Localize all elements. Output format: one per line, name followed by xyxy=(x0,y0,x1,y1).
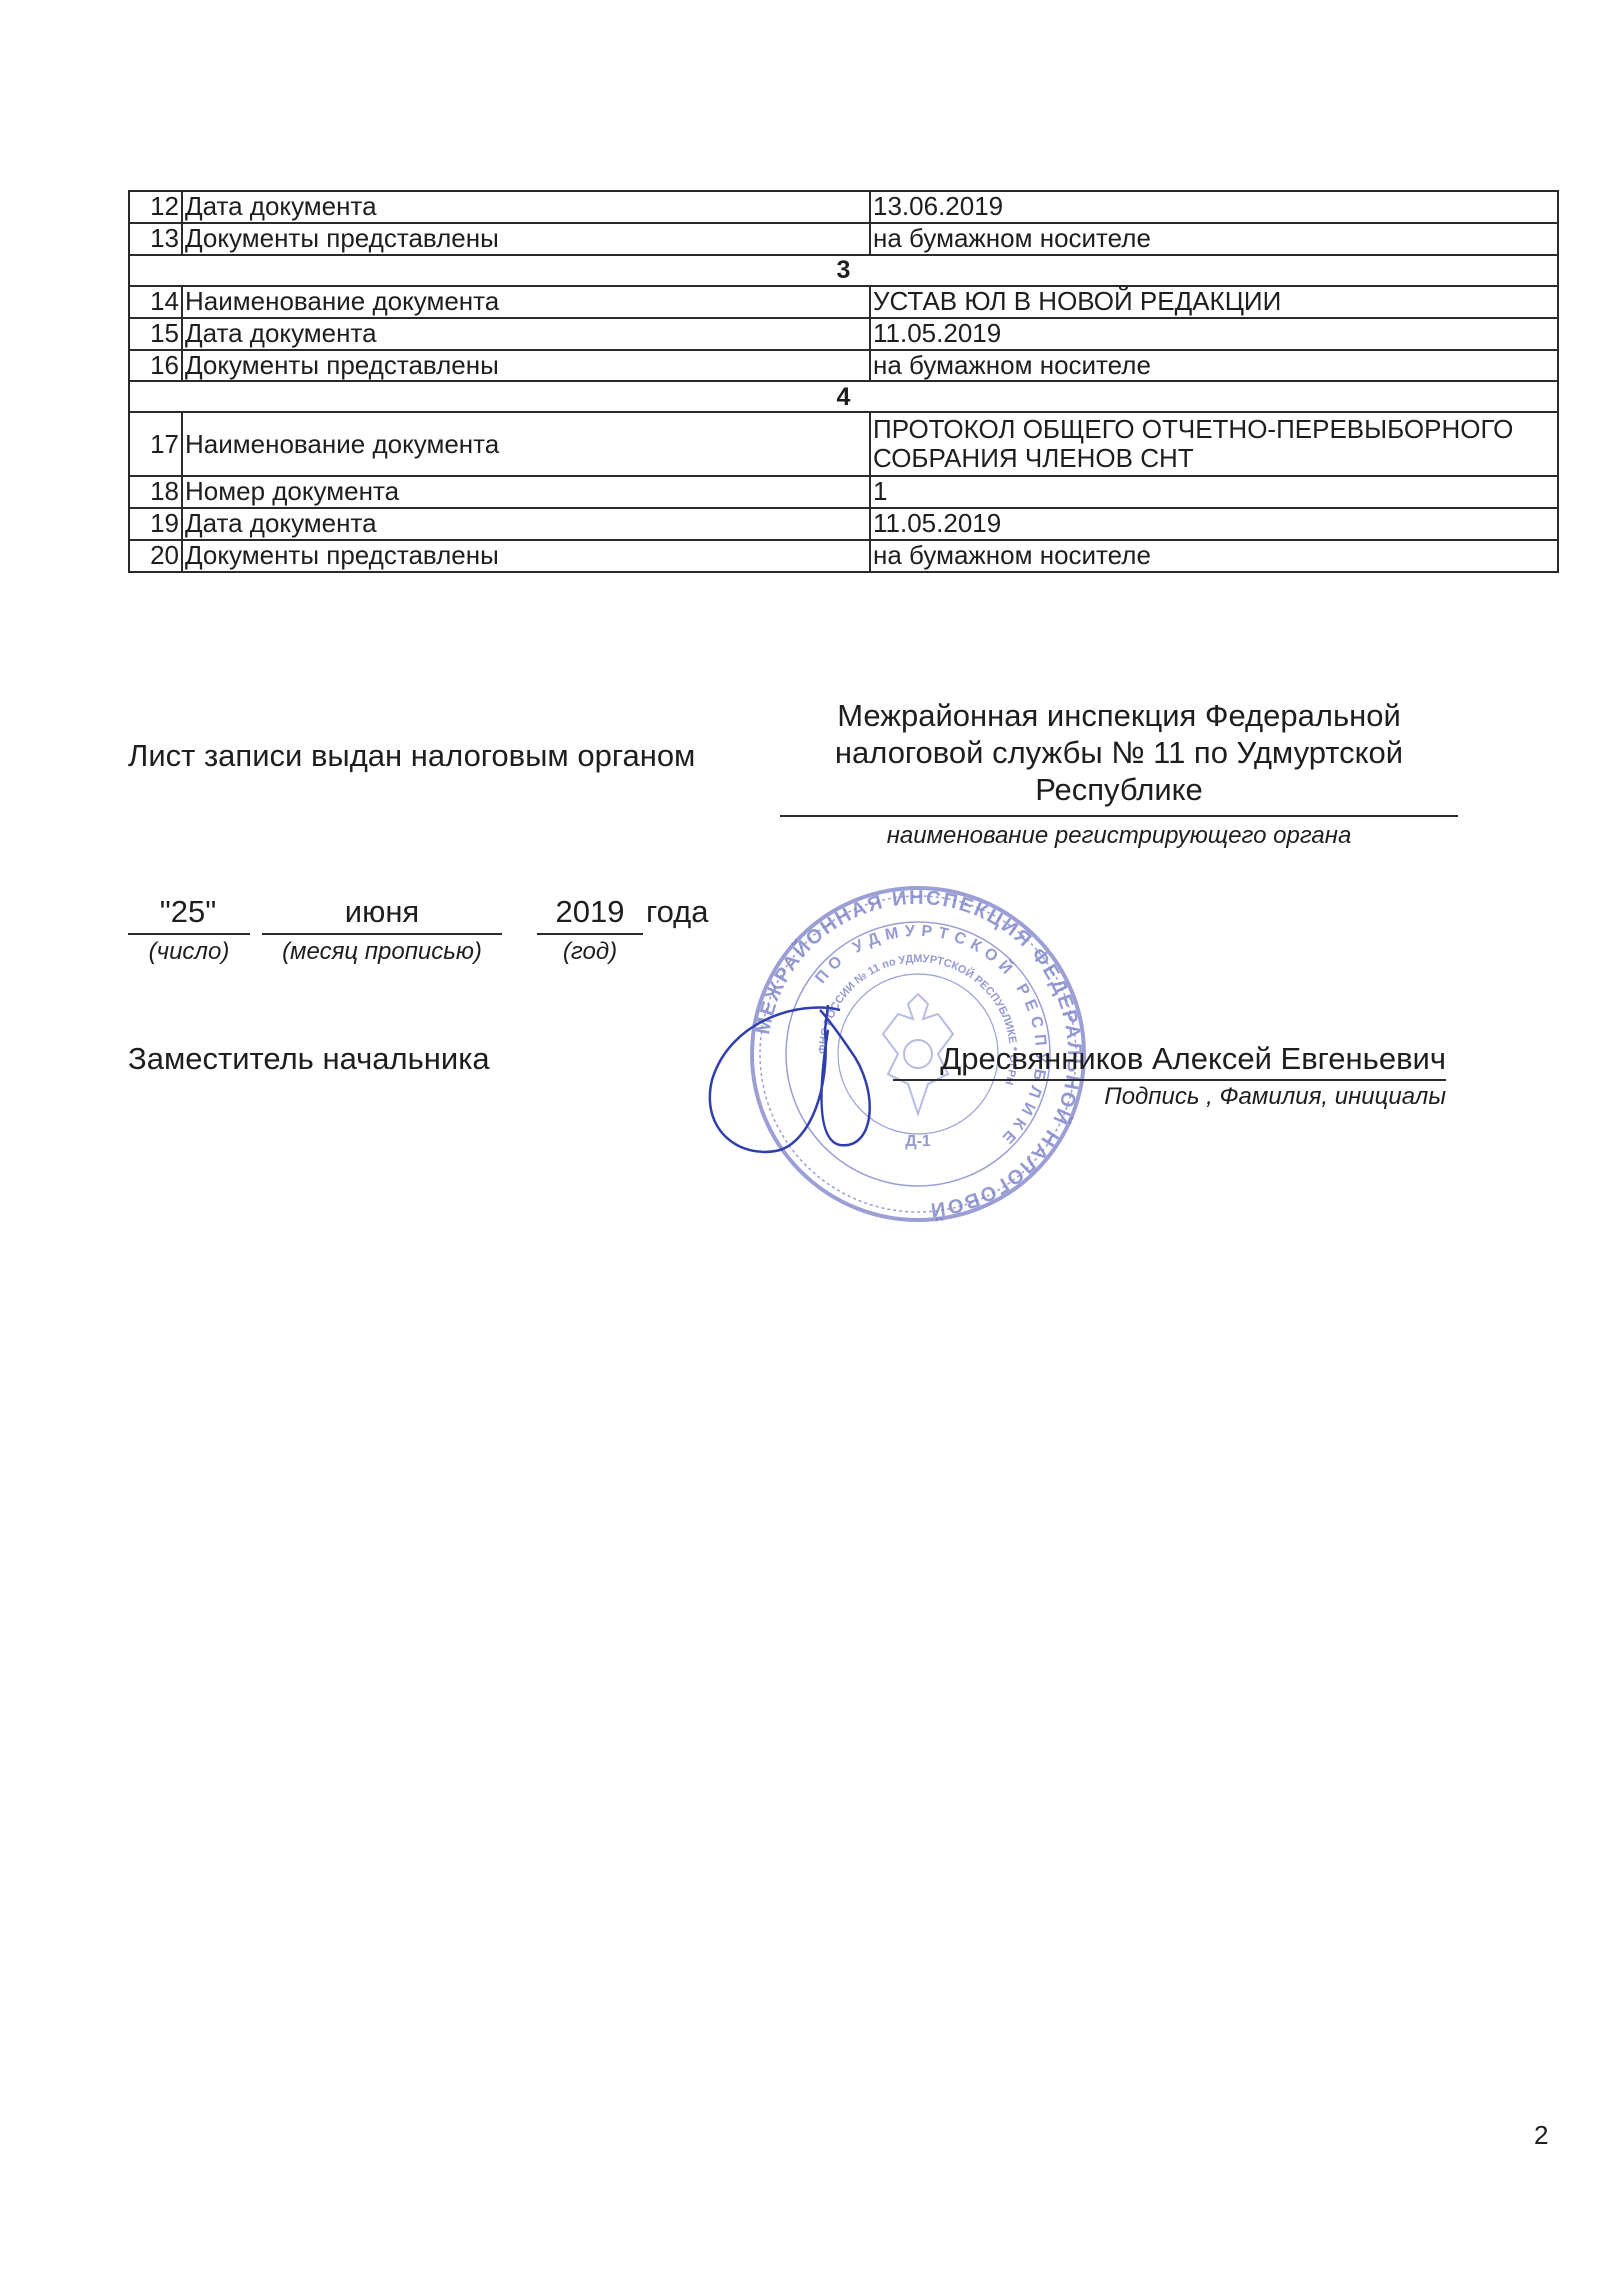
issuer-name-line: Республике xyxy=(780,771,1458,808)
signatory-name: Дресвянников Алексей Евгеньевич xyxy=(912,1040,1446,1077)
row-value: 1 xyxy=(870,476,1558,508)
row-number: 20 xyxy=(129,540,182,572)
date-month: июня xyxy=(262,893,502,930)
section-row: 3 xyxy=(129,255,1558,286)
row-number: 19 xyxy=(129,508,182,540)
row-label: Номер документа xyxy=(182,476,870,508)
row-value: ПРОТОКОЛ ОБЩЕГО ОТЧЕТНО-ПЕРЕВЫБОРНОГО СО… xyxy=(870,412,1558,476)
table-row: 18 Номер документа 1 xyxy=(129,476,1558,508)
row-number: 18 xyxy=(129,476,182,508)
table-row: 19 Дата документа 11.05.2019 xyxy=(129,508,1558,540)
year-caption: (год) xyxy=(537,938,643,966)
row-number: 17 xyxy=(129,412,182,476)
row-label: Дата документа xyxy=(182,508,870,540)
signatory-underline xyxy=(893,1079,1446,1081)
row-value: 11.05.2019 xyxy=(870,318,1558,350)
row-label: Наименование документа xyxy=(182,412,870,476)
row-value: 13.06.2019 xyxy=(870,191,1558,223)
row-value: УСТАВ ЮЛ В НОВОЙ РЕДАКЦИИ xyxy=(870,286,1558,318)
table-row: 20 Документы представлены на бумажном но… xyxy=(129,540,1558,572)
row-label: Наименование документа xyxy=(182,286,870,318)
row-number: 13 xyxy=(129,223,182,255)
row-value: на бумажном носителе xyxy=(870,223,1558,255)
issuer-name-line: налоговой службы № 11 по Удмуртской xyxy=(780,734,1458,771)
row-value: на бумажном носителе xyxy=(870,350,1558,382)
issuer-label: Лист записи выдан налоговым органом xyxy=(128,737,695,774)
issuer-name-line: Межрайонная инспекция Федеральной xyxy=(780,697,1458,734)
record-table: 12 Дата документа 13.06.2019 13 Документ… xyxy=(128,190,1559,573)
date-year: 2019 xyxy=(537,893,643,930)
row-label: Документы представлены xyxy=(182,540,870,572)
signatory-position: Заместитель начальника xyxy=(128,1040,490,1077)
row-value: 11.05.2019 xyxy=(870,508,1558,540)
row-label: Документы представлены xyxy=(182,350,870,382)
section-row: 4 xyxy=(129,381,1558,412)
table-row: 15 Дата документа 11.05.2019 xyxy=(129,318,1558,350)
table-row: 16 Документы представлены на бумажном но… xyxy=(129,350,1558,382)
page-number: 2 xyxy=(1534,2120,1548,2151)
row-number: 15 xyxy=(129,318,182,350)
row-label: Дата документа xyxy=(182,318,870,350)
signatory-caption: Подпись , Фамилия, инициалы xyxy=(893,1083,1446,1111)
table-row: 12 Дата документа 13.06.2019 xyxy=(129,191,1558,223)
month-underline xyxy=(262,933,502,935)
date-day: "25" xyxy=(128,893,248,930)
table-row: 14 Наименование документа УСТАВ ЮЛ В НОВ… xyxy=(129,286,1558,318)
year-underline xyxy=(537,933,643,935)
row-number: 12 xyxy=(129,191,182,223)
section-number: 4 xyxy=(129,381,1558,412)
table-row: 13 Документы представлены на бумажном но… xyxy=(129,223,1558,255)
row-number: 14 xyxy=(129,286,182,318)
month-caption: (месяц прописью) xyxy=(252,938,512,966)
issuer-caption: наименование регистрирующего органа xyxy=(780,822,1458,850)
day-underline xyxy=(128,933,250,935)
row-value: на бумажном носителе xyxy=(870,540,1558,572)
table-row: 17 Наименование документа ПРОТОКОЛ ОБЩЕГ… xyxy=(129,412,1558,476)
day-caption: (число) xyxy=(124,938,254,966)
issuer-underline xyxy=(780,815,1458,817)
section-number: 3 xyxy=(129,255,1558,286)
row-label: Документы представлены xyxy=(182,223,870,255)
issuer-name: Межрайонная инспекция Федеральной налого… xyxy=(780,697,1458,809)
row-label: Дата документа xyxy=(182,191,870,223)
date-suffix: года xyxy=(646,893,709,930)
row-number: 16 xyxy=(129,350,182,382)
